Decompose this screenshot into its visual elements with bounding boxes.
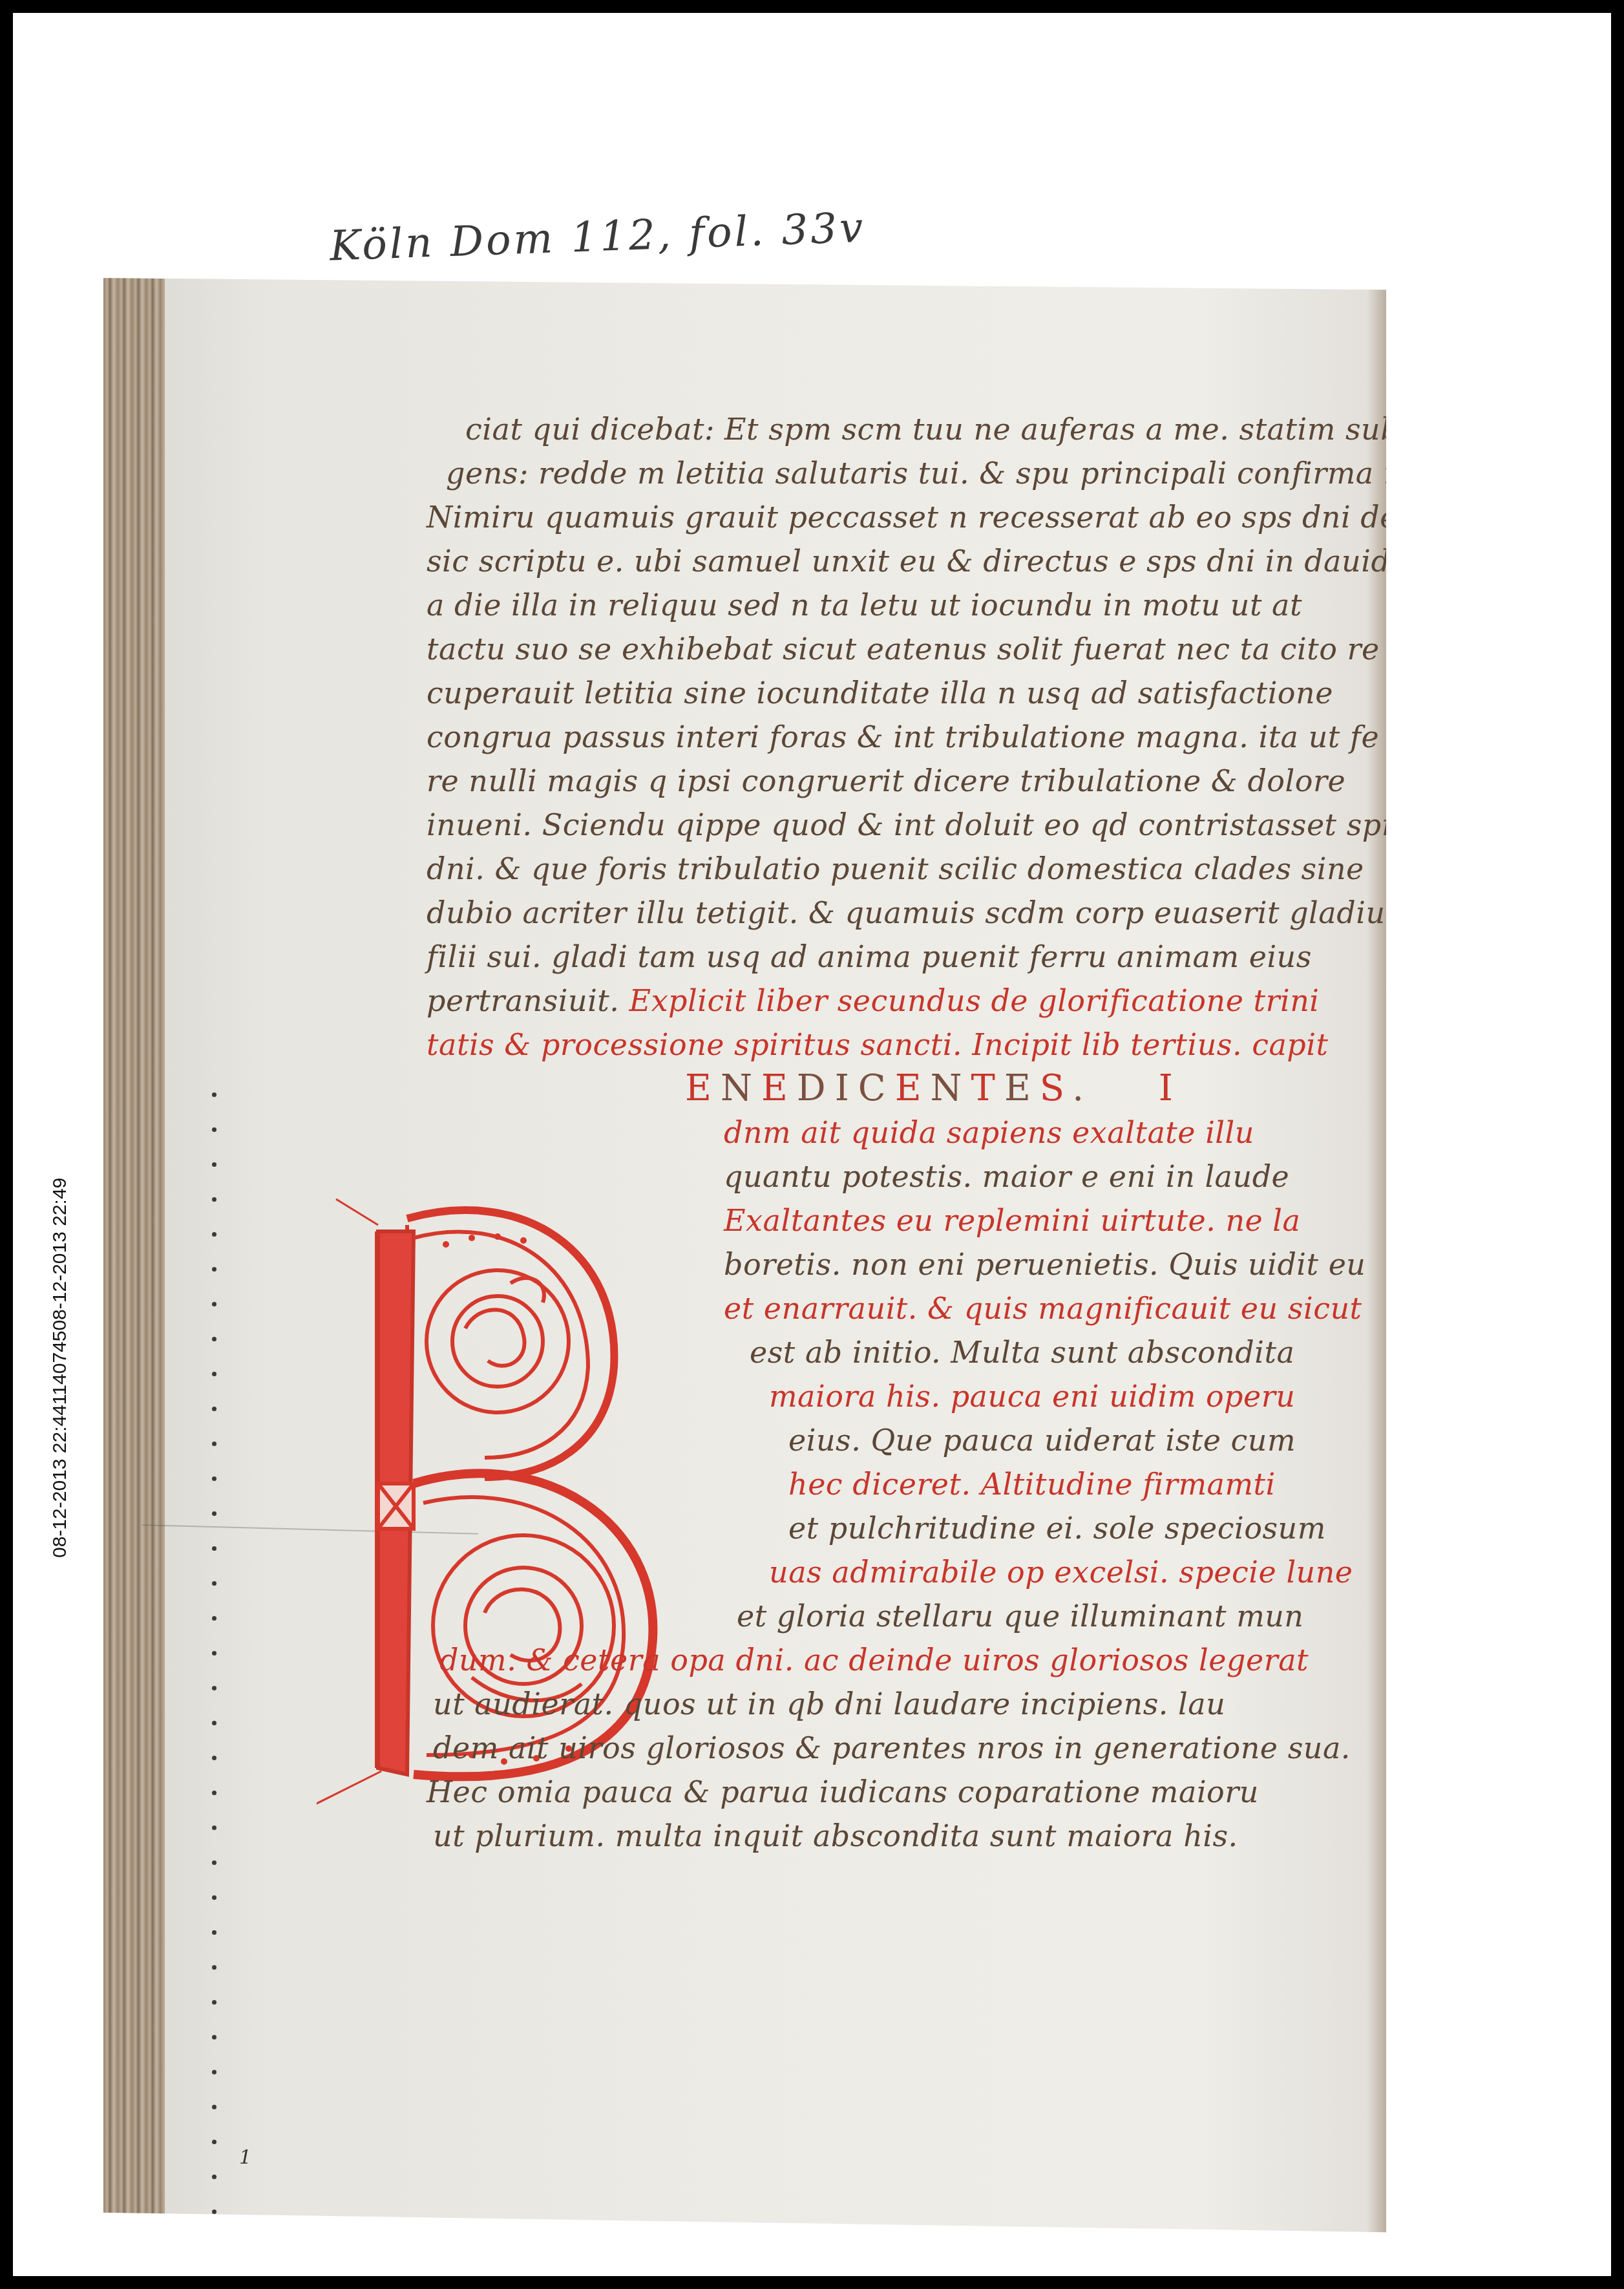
- prick-hole: [212, 1372, 216, 1376]
- text-line: Hec omia pauca & parua iudicans coparati…: [427, 1770, 1486, 1814]
- text-line: est ab initio. Multa sunt abscondita: [427, 1330, 1486, 1374]
- heading-letter: D: [797, 1067, 835, 1109]
- text-line: et enarrauit. & quis magnificauit eu sic…: [427, 1286, 1486, 1330]
- text-line: Nimiru quamuis grauit peccasset n recess…: [427, 495, 1486, 539]
- prick-hole: [212, 1232, 216, 1237]
- text-line: ut audierat. quos ut in qb dni laudare i…: [427, 1682, 1486, 1726]
- prick-hole: [212, 2105, 216, 2109]
- prick-hole: [212, 1302, 216, 1306]
- text-line: hec diceret. Altitudine firmamti: [427, 1462, 1486, 1506]
- text-line: re nulli magis q ipsi congruerit dicere …: [427, 759, 1486, 803]
- heading-letter: N: [931, 1067, 971, 1109]
- chapter-number: I: [1159, 1067, 1182, 1109]
- prick-hole: [212, 2244, 216, 2249]
- text-line: dni. & que foris tribulatio puenit scili…: [427, 847, 1486, 891]
- prick-hole: [212, 1686, 216, 1690]
- text-line: tactu suo se exhibebat sicut eatenus sol…: [427, 627, 1486, 671]
- prick-hole: [212, 1337, 216, 1341]
- prick-hole: [212, 1616, 216, 1621]
- heading-letter: T: [971, 1067, 1004, 1109]
- prick-hole: [212, 1197, 216, 1202]
- prick-hole: [212, 1092, 216, 1097]
- scan-frame: Köln Dom 112, fol. 33v 08-12-2013 22:441…: [13, 13, 1611, 2276]
- prick-hole: [212, 1476, 216, 1481]
- folio-mark: 1: [239, 2146, 251, 2169]
- heading-letter: E: [761, 1067, 797, 1109]
- prick-hole: [212, 1826, 216, 1830]
- ruling-prick-holes: [212, 1092, 220, 2276]
- text-line: dubio acriter illu tetigit. & quamuis sc…: [427, 891, 1486, 935]
- explicit-brown-text: pertransiuit.: [427, 983, 619, 1018]
- prick-hole: [212, 1756, 216, 1760]
- prick-hole: [212, 1546, 216, 1551]
- incipit-rubric: tatis & processione spiritus sancti. Inc…: [427, 1023, 1486, 1067]
- text-line: ciat qui dicebat: Et spm scm tuu ne aufe…: [427, 407, 1486, 451]
- manuscript-text: ciat qui dicebat: Et spm scm tuu ne aufe…: [427, 407, 1486, 1858]
- prick-hole: [212, 1895, 216, 1900]
- text-line: dnm ait quida sapiens exaltate illu: [427, 1111, 1486, 1155]
- explicit-line: pertransiuit. Explicit liber secundus de…: [427, 979, 1486, 1023]
- text-line: quantu potestis. maior e eni in laude: [427, 1155, 1486, 1198]
- prick-hole: [212, 1407, 216, 1411]
- text-line: Exaltantes eu replemini uirtute. ne la: [427, 1198, 1486, 1242]
- text-line: a die illa in reliquu sed n ta letu ut i…: [427, 583, 1486, 627]
- prick-hole: [212, 1127, 216, 1132]
- prick-hole: [212, 1511, 216, 1516]
- manuscript-photo: ciat qui dicebat: Et spm scm tuu ne aufe…: [103, 278, 1386, 2256]
- text-line: dem ait uiros gloriosos & parentes nros …: [427, 1726, 1486, 1770]
- text-line: inueni. Sciendu qippe quod & int doluit …: [427, 803, 1486, 847]
- scan-timestamp: 08-12-2013 22:44114074508-12-2013 22:49: [49, 976, 71, 1558]
- prick-hole: [212, 2209, 216, 2214]
- prick-hole: [212, 1651, 216, 1656]
- heading-letter: C: [858, 1067, 895, 1109]
- text-line: congrua passus interi foras & int tribul…: [427, 715, 1486, 759]
- chapter-heading: ENEDICENTES. I: [427, 1067, 1486, 1111]
- prick-hole: [212, 2035, 216, 2039]
- heading-letter: .: [1072, 1067, 1093, 1109]
- explicit-rubric: Explicit liber secundus de glorification…: [629, 983, 1320, 1018]
- heading-letter: E: [895, 1067, 931, 1109]
- prick-hole: [212, 1162, 216, 1167]
- prick-hole: [212, 1581, 216, 1586]
- text-line: gens: redde m letitia salutaris tui. & s…: [427, 451, 1486, 495]
- prick-hole: [212, 2000, 216, 2005]
- text-line: uas admirabile op excelsi. specie lune: [427, 1550, 1486, 1594]
- heading-letter: E: [685, 1067, 721, 1109]
- text-line: et gloria stellaru que illuminant mun: [427, 1594, 1486, 1638]
- text-line: maiora his. pauca eni uidim operu: [427, 1374, 1486, 1418]
- text-line: ut plurium. multa inquit abscondita sunt…: [427, 1814, 1486, 1858]
- text-line: cuperauit letitia sine iocunditate illa …: [427, 671, 1486, 715]
- prick-hole: [212, 1965, 216, 1970]
- prick-hole: [212, 2070, 216, 2074]
- heading-letter: N: [721, 1067, 761, 1109]
- text-line: et pulchritudine ei. sole speciosum: [427, 1506, 1486, 1550]
- prick-hole: [212, 1791, 216, 1795]
- text-line: sic scriptu e. ubi samuel unxit eu & dir…: [427, 539, 1486, 583]
- shelfmark-label: Köln Dom 112, fol. 33v: [329, 204, 866, 271]
- prick-hole: [212, 2175, 216, 2179]
- text-line: dum. & cetera opa dni. ac deinde uiros g…: [427, 1638, 1486, 1682]
- prick-hole: [212, 1442, 216, 1446]
- prick-hole: [212, 2140, 216, 2144]
- heading-letter: I: [835, 1067, 858, 1109]
- prick-hole: [212, 1860, 216, 1865]
- prick-hole: [212, 1267, 216, 1272]
- heading-letter: E: [1004, 1067, 1040, 1109]
- text-line: eius. Que pauca uiderat iste cum: [427, 1418, 1486, 1462]
- text-line: filii sui. gladi tam usq ad anima puenit…: [427, 935, 1486, 979]
- binding-gutter: [103, 278, 165, 2256]
- text-line: boretis. non eni peruenietis. Quis uidit…: [427, 1242, 1486, 1286]
- prick-hole: [212, 1721, 216, 1725]
- prick-hole: [212, 1930, 216, 1935]
- heading-letter: S: [1040, 1067, 1072, 1109]
